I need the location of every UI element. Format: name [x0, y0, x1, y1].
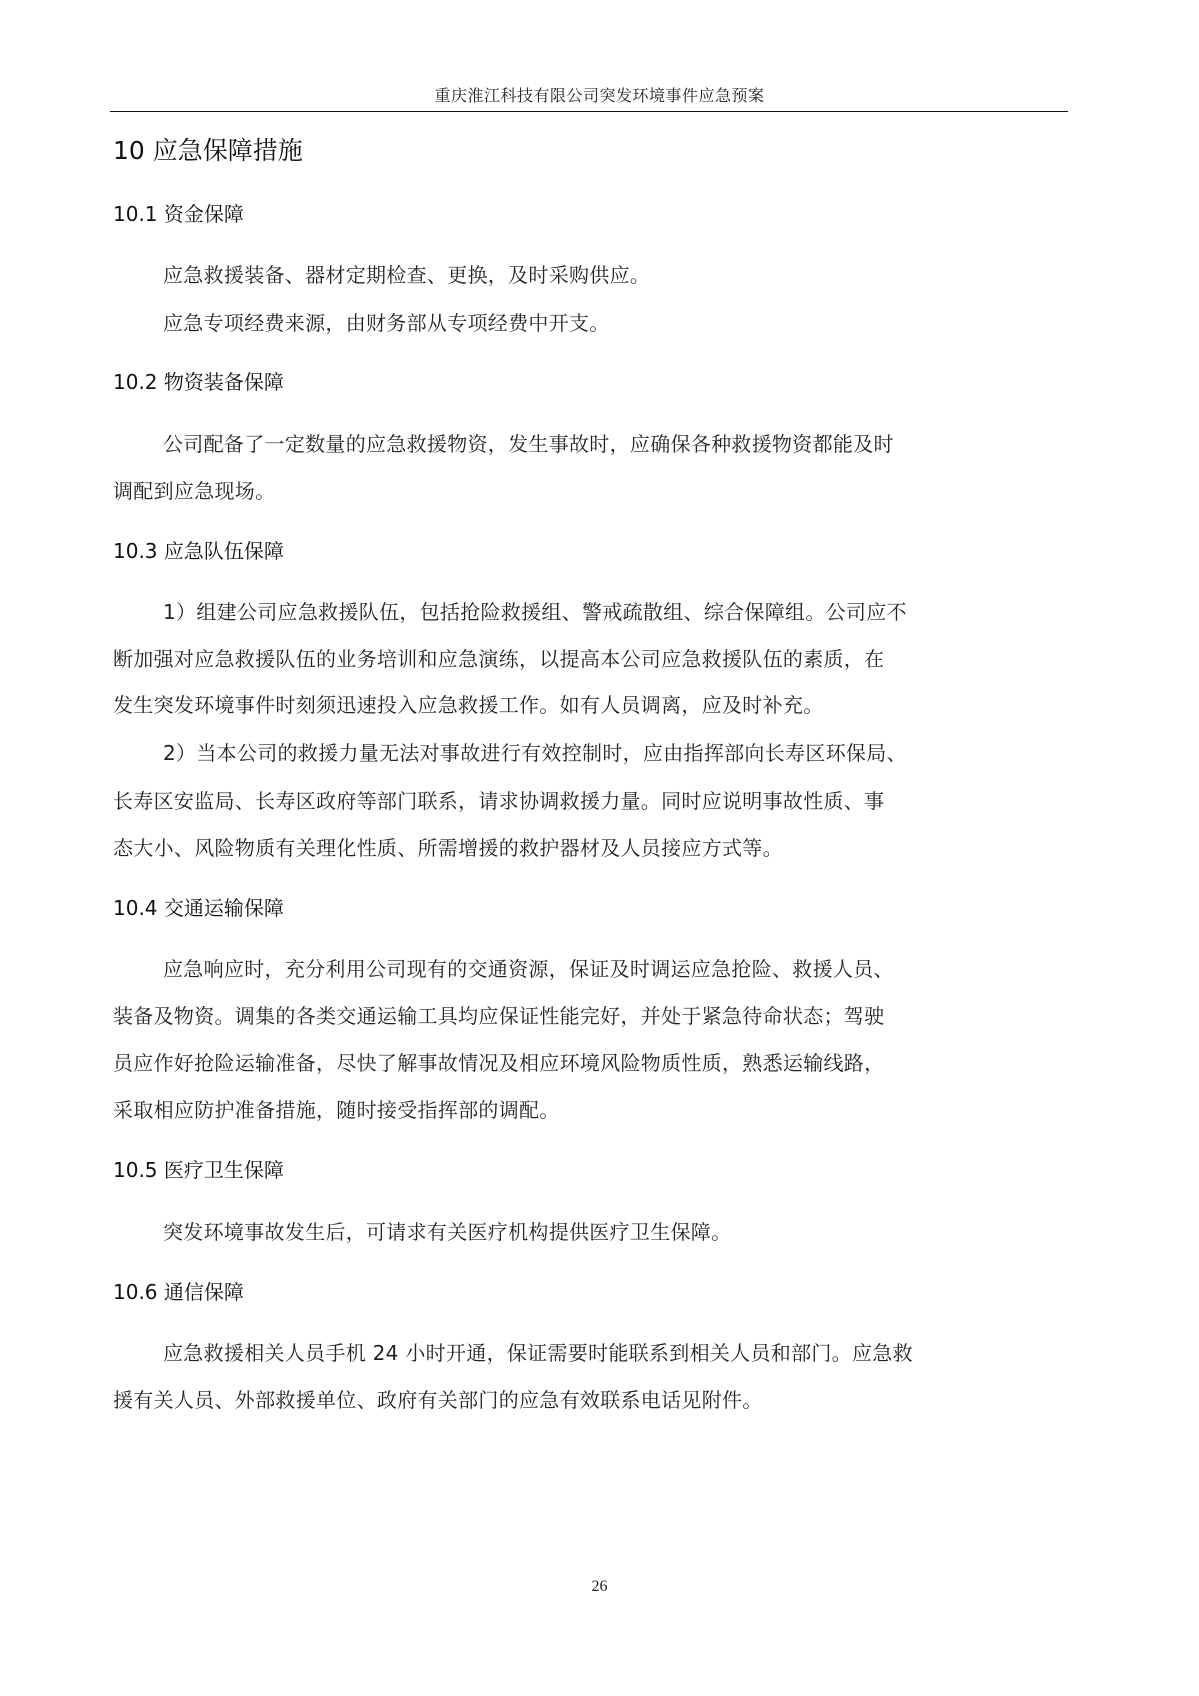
- paragraph-line: 长寿区安监局、长寿区政府等部门联系，请求协调救援力量。同时应说明事故性质、事: [113, 785, 884, 814]
- paragraph-line: 应急救援相关人员手机 24 小时开通，保证需要时能联系到相关人员和部门。应急救: [163, 1337, 913, 1366]
- paragraph-line: 公司配备了一定数量的应急救援物资，发生事故时，应确保各种救援物资都能及时: [163, 428, 894, 457]
- paragraph-line: 2）当本公司的救援力量无法对事故进行有效控制时，应由指挥部向长寿区环保局、: [163, 737, 907, 766]
- paragraph-line: 1）组建公司应急救援队伍，包括抢险救援组、警戒疏散组、综合保障组。公司应不: [163, 596, 907, 625]
- running-header: 重庆淮江科技有限公司突发环境事件应急预案: [0, 83, 1199, 106]
- paragraph-line: 调配到应急现场。: [113, 475, 275, 504]
- paragraph-line: 采取相应防护准备措施，随时接受指挥部的调配。: [113, 1094, 560, 1123]
- paragraph-line: 应急救援装备、器材定期检查、更换，及时采购供应。: [163, 259, 650, 288]
- paragraph-line: 装备及物资。调集的各类交通运输工具均应保证性能完好，并处于紧急待命状态；驾驶: [113, 1000, 884, 1029]
- paragraph-line: 援有关人员、外部救援单位、政府有关部门的应急有效联系电话见附件。: [113, 1384, 763, 1413]
- paragraph-line: 员应作好抢险运输准备，尽快了解事故情况及相应环境风险物质性质，熟悉运输线路，: [113, 1047, 884, 1076]
- page-number: 26: [0, 1578, 1199, 1596]
- chapter-title: 10 应急保障措施: [113, 131, 303, 167]
- paragraph-line: 态大小、风险物质有关理化性质、所需增援的救护器材及人员接应方式等。: [113, 832, 783, 861]
- header-divider: [110, 111, 1068, 112]
- paragraph-line: 发生突发环境事件时刻须迅速投入应急救援工作。如有人员调离，应及时补充。: [113, 689, 824, 718]
- section-heading-10-5: 10.5 医疗卫生保障: [113, 1154, 284, 1183]
- paragraph-line: 应急专项经费来源，由财务部从专项经费中开支。: [163, 307, 610, 336]
- section-heading-10-4: 10.4 交通运输保障: [113, 892, 284, 921]
- document-page: 重庆淮江科技有限公司突发环境事件应急预案 10 应急保障措施 10.1 资金保障…: [0, 0, 1199, 1696]
- section-heading-10-6: 10.6 通信保障: [113, 1276, 244, 1305]
- paragraph-line: 应急响应时，充分利用公司现有的交通资源，保证及时调运应急抢险、救援人员、: [163, 953, 894, 982]
- section-heading-10-1: 10.1 资金保障: [113, 198, 244, 227]
- section-heading-10-2: 10.2 物资装备保障: [113, 366, 284, 395]
- section-heading-10-3: 10.3 应急队伍保障: [113, 535, 284, 564]
- paragraph-line: 突发环境事故发生后，可请求有关医疗机构提供医疗卫生保障。: [163, 1216, 731, 1245]
- paragraph-line: 断加强对应急救援队伍的业务培训和应急演练，以提高本公司应急救援队伍的素质，在: [113, 643, 884, 672]
